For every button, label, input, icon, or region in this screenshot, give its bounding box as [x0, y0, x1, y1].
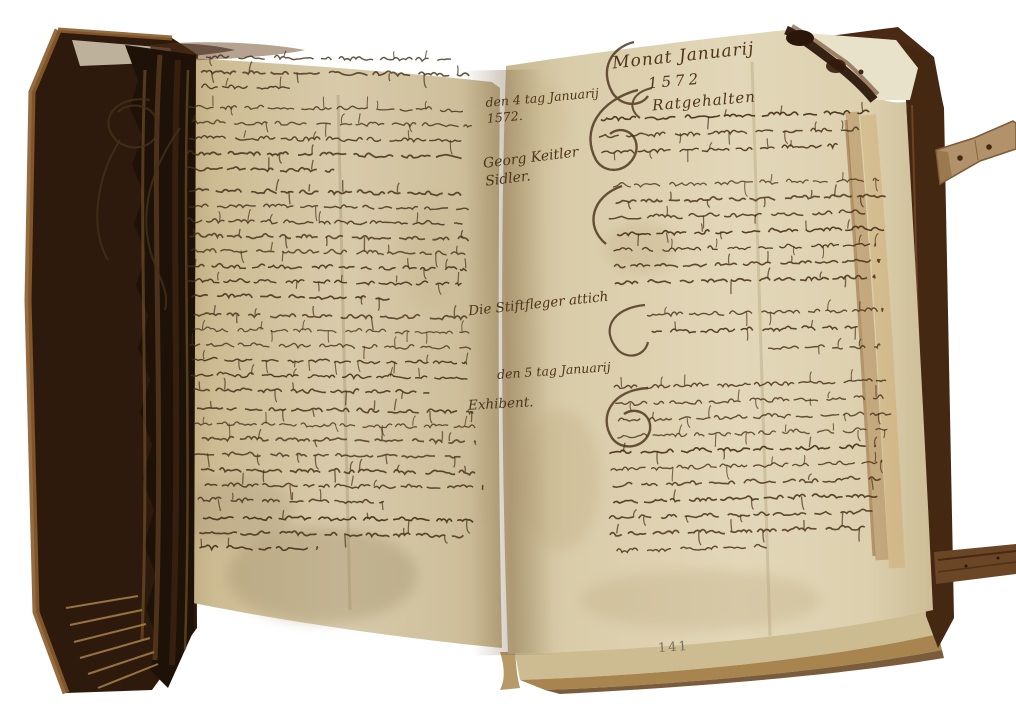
book-photo: [0, 0, 1016, 706]
gutter-shadow: [463, 69, 553, 655]
manuscript-photo: Monat Januarij 1572 Ratgehalten den 4 ta…: [0, 0, 1016, 706]
worm-hole: [859, 70, 864, 75]
right-page: [502, 26, 933, 654]
